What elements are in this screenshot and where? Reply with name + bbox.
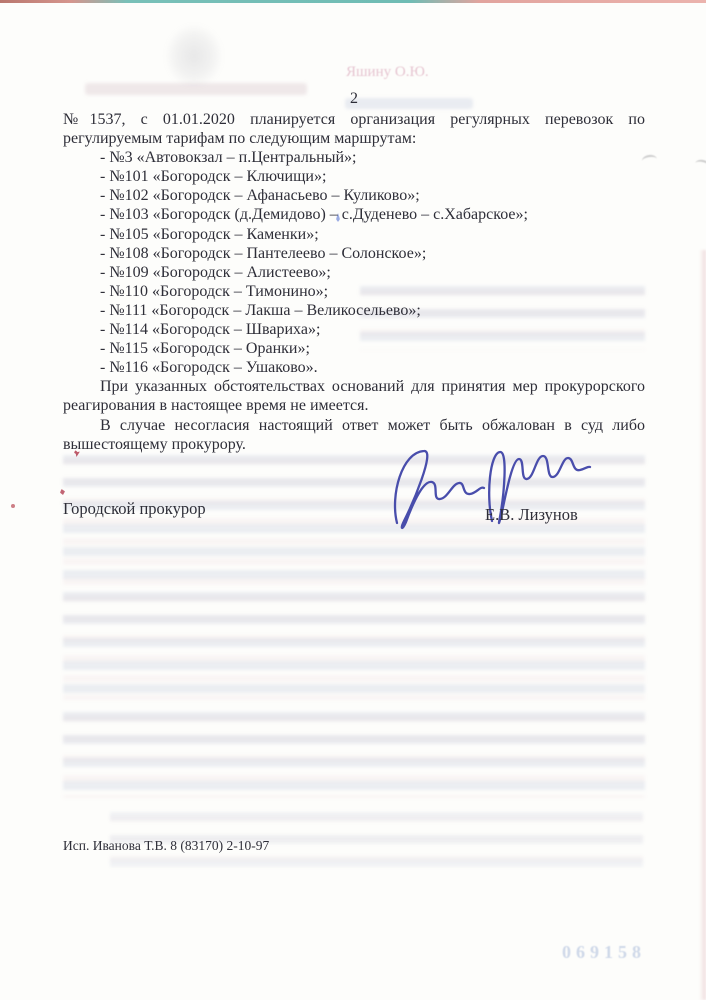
pencil-smudge [694, 158, 706, 171]
intro-line: №1537, с 01.01.2020 планируется организа… [63, 110, 645, 129]
route-item: - №101 «Богородск – Ключищи»; [63, 167, 645, 186]
route-item: - №110 «Богородск – Тимонино»; [63, 282, 645, 301]
signer-name: Е.В. Лизунов [485, 505, 578, 525]
route-item: - №102 «Богородск – Афанасьево – Куликов… [63, 186, 645, 205]
route-item: - №108 «Богородск – Пантелеево – Солонск… [63, 244, 645, 263]
bleedthrough-text-block [63, 712, 645, 798]
document-body: №1537, с 01.01.2020 планируется организа… [63, 110, 645, 454]
scanned-document-page: Яшину О.Ю. 2 №1537, с 01.01.2020 планиру… [0, 0, 706, 1000]
route-item: - №115 «Богородск – Оранки»; [63, 339, 645, 358]
paragraph-line: В случае несогласия настоящий ответ може… [63, 416, 645, 435]
ink-speck [11, 504, 15, 508]
route-item: - №114 «Богородск – Швариха»; [63, 320, 645, 339]
scan-edge-top [0, 0, 706, 3]
paragraph-line: реагирования в настоящее время не имеетс… [63, 396, 645, 415]
route-item: - №3 «Автовокзал – п.Центральный»; [63, 148, 645, 167]
bleedthrough-text-block [63, 592, 645, 700]
bleedthrough-emblem [165, 24, 223, 88]
route-item: - №111 «Богородск – Лакша – Великосельев… [63, 301, 645, 320]
executor-contact: Исп. Иванова Т.В. 8 (83170) 2-10-97 [63, 838, 269, 854]
page-number: 2 [63, 90, 645, 108]
route-item: - №103 «Богородск (д.Демидово) – с.Дуден… [63, 205, 645, 224]
intro-line: регулируемым тарифам по следующим маршру… [63, 129, 645, 148]
scan-edge-right [699, 250, 706, 1000]
route-item: - №116 «Богородск – Ушаково». [63, 358, 645, 377]
route-item: - №109 «Богородск – Алистеево»; [63, 263, 645, 282]
paragraph-line: При указанных обстоятельствах оснований … [63, 377, 645, 396]
signer-title: Городской прокурор [63, 499, 206, 519]
route-item: - №105 «Богородск – Каменки»; [63, 225, 645, 244]
bleedthrough-addressee: Яшину О.Ю. [346, 64, 429, 81]
registration-stamp-number: 069158 [562, 942, 646, 963]
